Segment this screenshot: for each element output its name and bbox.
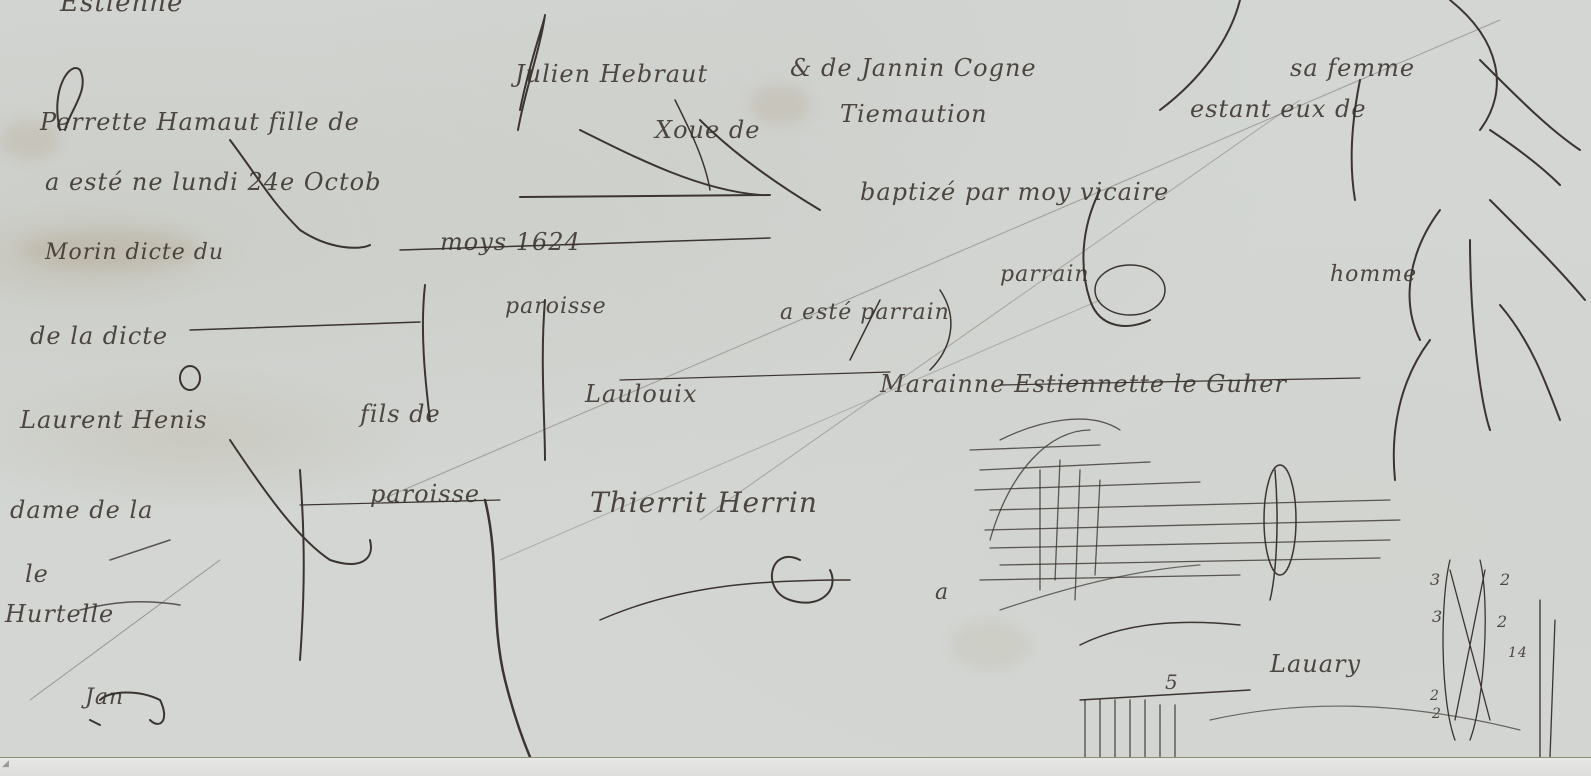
handwritten-line: a esté ne lundi 24e Octob xyxy=(45,168,381,196)
margin-number: 2 xyxy=(1430,688,1440,704)
handwritten-line: estant eux de xyxy=(1190,95,1367,123)
handwritten-line: fils de xyxy=(360,400,441,428)
resize-grip-icon[interactable]: ◢ xyxy=(2,759,12,769)
handwritten-line: & de Jannin Cogne xyxy=(790,54,1037,82)
window-bottom-bar xyxy=(0,758,1591,776)
manuscript-page: Estienne Julien Hebraut & de Jannin Cogn… xyxy=(0,0,1591,758)
handwritten-line: le xyxy=(25,560,49,588)
handwritten-line: baptizé par moy vicaire xyxy=(860,178,1169,206)
handwritten-number: 5 xyxy=(1165,670,1179,694)
handwritten-line: Perrette Hamaut fille de xyxy=(40,108,360,136)
handwritten-line: de la dicte xyxy=(30,322,168,350)
handwritten-line: Xoue de xyxy=(655,116,760,144)
handwritten-line: Laurent Henis xyxy=(20,406,208,434)
handwritten-line: parrain xyxy=(1000,262,1090,287)
margin-number: 2 xyxy=(1497,612,1508,631)
margin-number: 3 xyxy=(1430,570,1441,589)
handwritten-line: Morin dicte du xyxy=(45,240,224,265)
handwritten-line: Tiemaution xyxy=(840,100,988,128)
handwritten-line: Jan xyxy=(85,685,124,710)
handwritten-signature: Thierrit Herrin xyxy=(590,486,818,519)
handwritten-line: a esté parrain xyxy=(780,300,950,325)
handwritten-line: Laulouix xyxy=(585,380,698,408)
handwritten-line: dame de la xyxy=(10,496,153,524)
handwritten-line: Marainne Estiennette le Guher xyxy=(880,370,1287,398)
margin-number: 2 xyxy=(1432,706,1442,722)
margin-number: 14 xyxy=(1508,645,1528,661)
handwritten-line: Hurtelle xyxy=(5,600,114,628)
handwritten-line: sa femme xyxy=(1290,54,1415,82)
margin-number: 3 xyxy=(1432,607,1443,626)
handwritten-line: Estienne xyxy=(60,0,183,18)
handwritten-line: homme xyxy=(1330,262,1417,287)
handwritten-line: moys 1624 xyxy=(440,228,581,256)
handwritten-line: Julien Hebraut xyxy=(515,60,708,88)
handwritten-line: Lauary xyxy=(1270,650,1361,678)
handwritten-letter: a xyxy=(935,580,949,605)
handwritten-line: paroisse xyxy=(370,480,480,508)
margin-number: 2 xyxy=(1500,570,1511,589)
handwritten-line: paroisse xyxy=(505,294,607,319)
